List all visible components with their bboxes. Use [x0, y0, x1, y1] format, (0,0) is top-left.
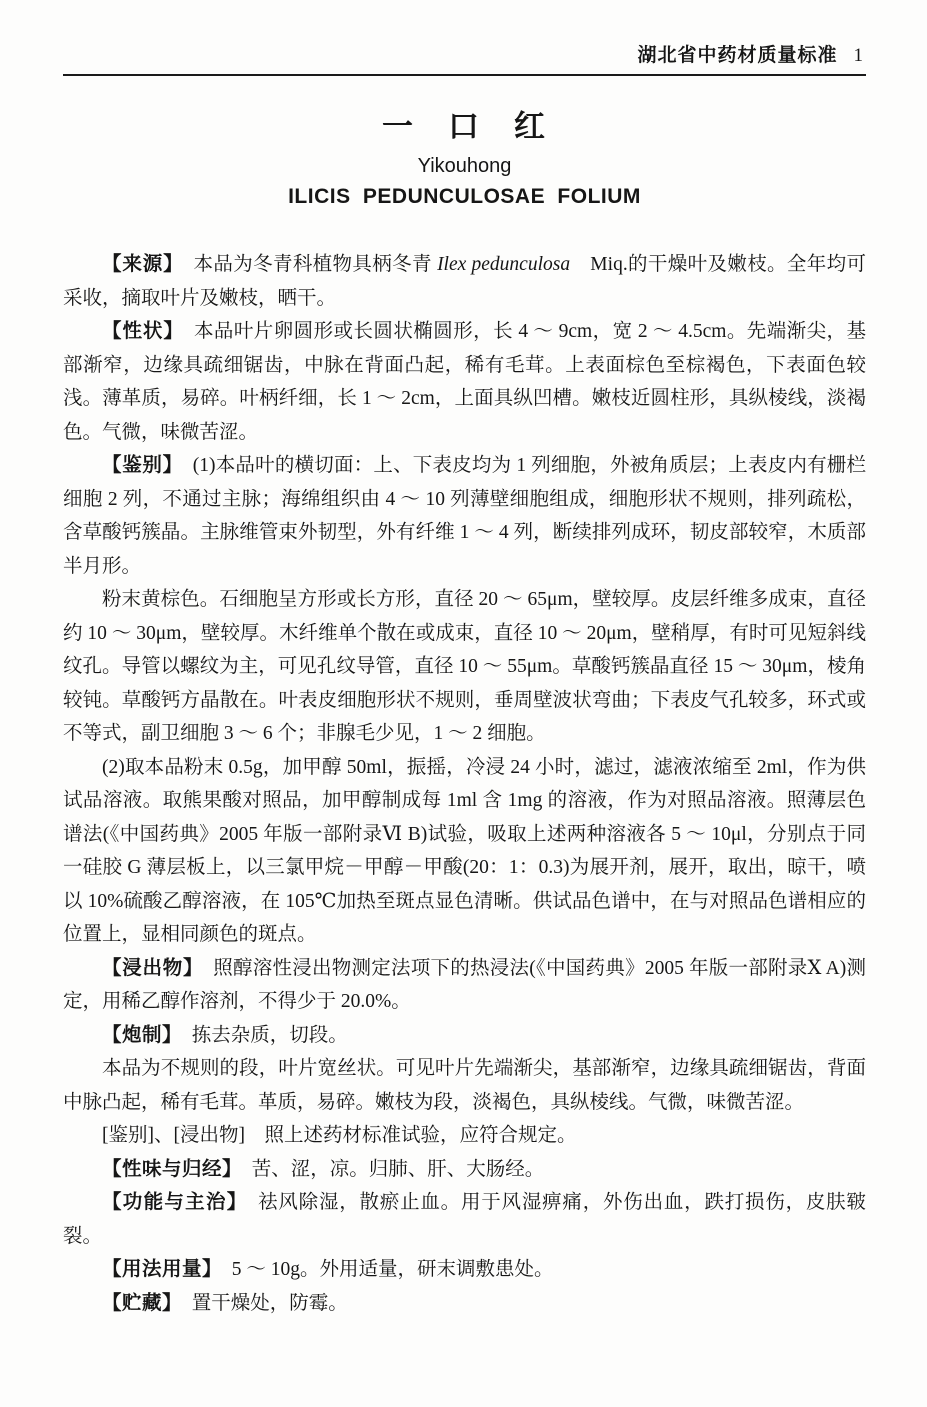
drug-title-chinese: 一 口 红 [63, 108, 866, 146]
section-label-processing: 【炮制】 [102, 1025, 172, 1046]
paragraph-tlc-text: (2)取本品粉末 0.5g，加甲醇 50ml，振摇，冷浸 24 小时，滤过，滤液… [63, 757, 866, 946]
paragraph-processed-description: 本品为不规则的段，叶片宽丝状。可见叶片先端渐尖，基部渐窄，边缘具疏细锯齿，背面中… [63, 1052, 866, 1119]
section-text-storage: 置干燥处，防霉。 [172, 1293, 348, 1314]
monograph-body: 【来源】 本品为冬青科植物具柄冬青 Ilex pedunculosa Miq.的… [63, 248, 866, 1320]
section-label-functions-indications: 【功能与主治】 [102, 1192, 238, 1213]
section-storage: 【贮藏】 置干燥处，防霉。 [63, 1287, 866, 1321]
cross-reference-labels: [鉴别]、[浸出物] [102, 1125, 245, 1146]
running-head-title: 湖北省中药材质量标准 [637, 45, 837, 66]
section-label-dosage: 【用法用量】 [102, 1259, 212, 1280]
section-text-processing: 拣去杂质，切段。 [172, 1025, 348, 1046]
section-text-source-before: 本品为冬青科植物具柄冬青 [174, 254, 437, 275]
cross-reference-text: 照上述药材标准试验，应符合规定。 [245, 1125, 577, 1146]
drug-title-pinyin: Yikouhong [63, 154, 866, 178]
page-header: 湖北省中药材质量标准1 [63, 44, 866, 76]
section-identification: 【鉴别】 (1)本品叶的横切面：上、下表皮均为 1 列细胞，外被角质层；上表皮内… [63, 449, 866, 583]
section-description: 【性状】 本品叶片卵圆形或长圆状椭圆形，长 4 ～ 9cm，宽 2 ～ 4.5c… [63, 315, 866, 449]
paragraph-powder-description: 粉末黄棕色。石细胞呈方形或长方形，直径 20 ～ 65μm，壁较厚。皮层纤维多成… [63, 583, 866, 751]
document-page: 湖北省中药材质量标准1 一 口 红 Yikouhong ILICIS PEDUN… [0, 0, 927, 1407]
paragraph-tlc-test: (2)取本品粉末 0.5g，加甲醇 50ml，振摇，冷浸 24 小时，滤过，滤液… [63, 751, 866, 952]
drug-title-latin: ILICIS PEDUNCULOSAE FOLIUM [63, 184, 866, 210]
species-latin-name: Ilex pedunculosa [437, 254, 570, 275]
section-label-extractives: 【浸出物】 [102, 958, 194, 979]
paragraph-cross-reference: [鉴别]、[浸出物] 照上述药材标准试验，应符合规定。 [63, 1119, 866, 1153]
section-label-identification: 【鉴别】 [102, 455, 173, 476]
running-head: 湖北省中药材质量标准1 [63, 44, 866, 68]
section-label-flavor-meridian: 【性味与归经】 [102, 1159, 232, 1180]
paragraph-processed-text: 本品为不规则的段，叶片宽丝状。可见叶片先端渐尖，基部渐窄，边缘具疏细锯齿，背面中… [63, 1058, 866, 1113]
section-label-source: 【来源】 [102, 254, 174, 275]
section-text-description: 本品叶片卵圆形或长圆状椭圆形，长 4 ～ 9cm，宽 2 ～ 4.5cm。先端渐… [63, 321, 866, 443]
section-text-identification: (1)本品叶的横切面：上、下表皮均为 1 列细胞，外被角质层；上表皮内有栅栏细胞… [63, 455, 866, 577]
section-label-storage: 【贮藏】 [102, 1293, 172, 1314]
section-text-dosage: 5 ～ 10g。外用适量，研末调敷患处。 [212, 1259, 553, 1280]
paragraph-powder-text: 粉末黄棕色。石细胞呈方形或长方形，直径 20 ～ 65μm，壁较厚。皮层纤维多成… [63, 589, 866, 744]
section-text-flavor-meridian: 苦、涩，凉。归肺、肝、大肠经。 [232, 1159, 544, 1180]
section-processing: 【炮制】 拣去杂质，切段。 [63, 1019, 866, 1053]
section-dosage: 【用法用量】 5 ～ 10g。外用适量，研末调敷患处。 [63, 1253, 866, 1287]
section-extractives: 【浸出物】 照醇溶性浸出物测定法项下的热浸法(《中国药典》2005 年版一部附录… [63, 952, 866, 1019]
header-rule [63, 74, 866, 76]
section-source: 【来源】 本品为冬青科植物具柄冬青 Ilex pedunculosa Miq.的… [63, 248, 866, 315]
section-functions-indications: 【功能与主治】 祛风除湿，散瘀止血。用于风湿痹痛，外伤出血，跌打损伤，皮肤皲裂。 [63, 1186, 866, 1253]
page-number: 1 [854, 44, 865, 68]
section-flavor-meridian: 【性味与归经】 苦、涩，凉。归肺、肝、大肠经。 [63, 1153, 866, 1187]
section-label-description: 【性状】 [102, 321, 174, 342]
